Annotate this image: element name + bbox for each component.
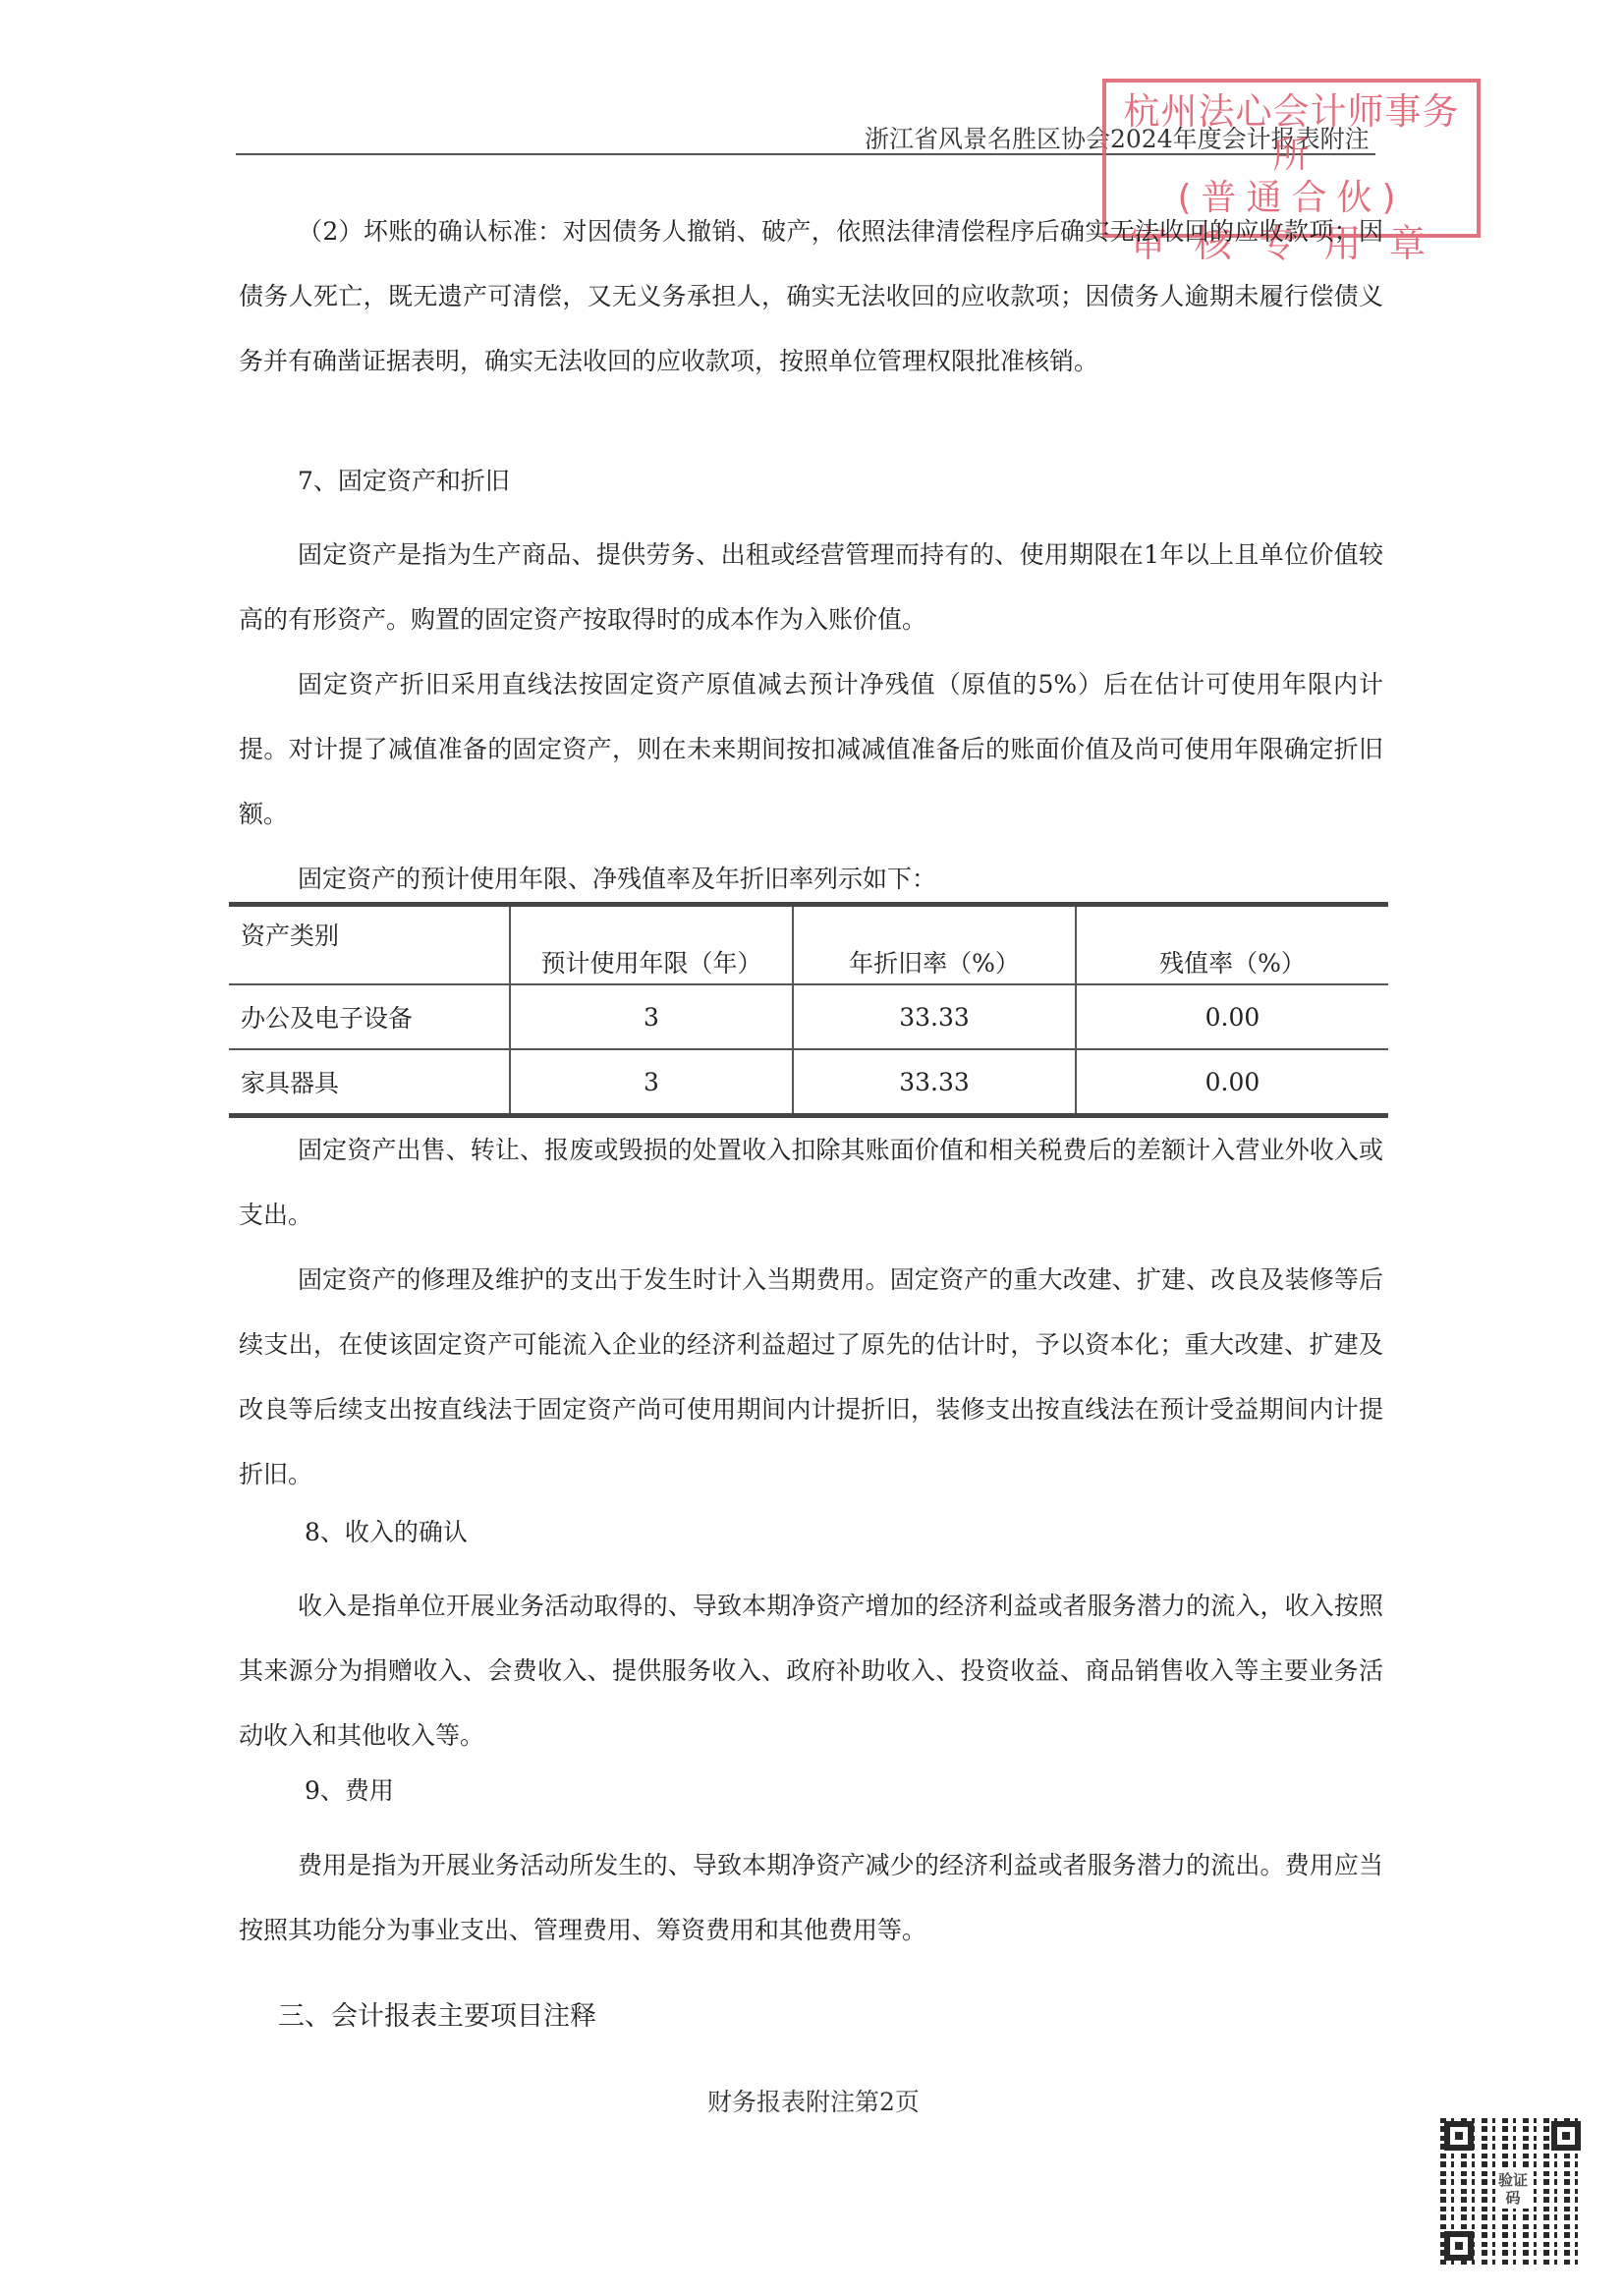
disposal-paragraph: 固定资产出售、转让、报废或毁损的处置收入扣除其账面价值和相关税费后的差额计入营业… [239,1118,1383,1248]
fixed-assets-definition-paragraph: 固定资产是指为生产商品、提供劳务、出租或经营管理而持有的、使用期限在1年以上且单… [239,523,1383,652]
cell-residual-rate: 0.00 [1076,984,1388,1049]
table-row: 办公及电子设备 3 33.33 0.00 [229,984,1388,1049]
qr-finder-pattern [1444,2121,1474,2151]
part-3-heading: 三、会计报表主要项目注释 [278,1994,596,2033]
bad-debt-paragraph: （2）坏账的确认标准：对因债务人撤销、破产，依照法律清偿程序后确实无法收回的应收… [239,199,1383,394]
depreciation-method-paragraph: 固定资产折旧采用直线法按固定资产原值减去预计净残值（原值的5%）后在估计可使用年… [239,652,1383,847]
col-header-useful-life: 预计使用年限（年） [510,905,793,985]
section-8-heading: 8、收入的确认 [305,1513,468,1548]
page-number-footer: 财务报表附注第2页 [707,2083,920,2118]
depreciation-table: 资产类别 预计使用年限（年） 年折旧率（%） 残值率（%） 办公及电子设备 3 … [229,902,1388,1118]
cell-asset-category: 办公及电子设备 [229,984,510,1049]
cell-depreciation-rate: 33.33 [793,984,1076,1049]
col-header-depreciation-rate: 年折旧率（%） [793,905,1076,985]
cell-residual-rate: 0.00 [1076,1049,1388,1116]
revenue-recognition-paragraph: 收入是指单位开展业务活动取得的、导致本期净资产增加的经济利益或者服务潜力的流入，… [239,1574,1383,1768]
stamp-firm-name: 杭州法心会计师事务所 [1106,90,1477,177]
col-header-asset-category: 资产类别 [229,905,510,985]
cell-depreciation-rate: 33.33 [793,1049,1076,1116]
section-9-heading: 9、费用 [305,1771,394,1807]
section-7-heading: 7、固定资产和折旧 [298,462,510,497]
qr-center-text: 码 [1495,2189,1531,2207]
cell-asset-category: 家具器具 [229,1049,510,1116]
qr-finder-pattern [1551,2121,1581,2151]
col-header-residual-rate: 残值率（%） [1076,905,1388,985]
cell-useful-life: 3 [510,984,793,1049]
repair-maintenance-paragraph: 固定资产的修理及维护的支出于发生时计入当期费用。固定资产的重大改建、扩建、改良及… [239,1248,1383,1507]
qr-center-text: 验证 [1495,2171,1531,2189]
qr-finder-pattern [1444,2231,1474,2261]
table-row: 家具器具 3 33.33 0.00 [229,1049,1388,1116]
table-header-row: 资产类别 预计使用年限（年） 年折旧率（%） 残值率（%） [229,905,1388,985]
expenses-paragraph: 费用是指为开展业务活动所发生的、导致本期净资产减少的经济利益或者服务潜力的流出。… [239,1833,1383,1963]
cell-useful-life: 3 [510,1049,793,1116]
verification-qr-code-icon: 验证 码 [1440,2117,1585,2265]
qr-center-label: 验证 码 [1495,2171,1531,2209]
